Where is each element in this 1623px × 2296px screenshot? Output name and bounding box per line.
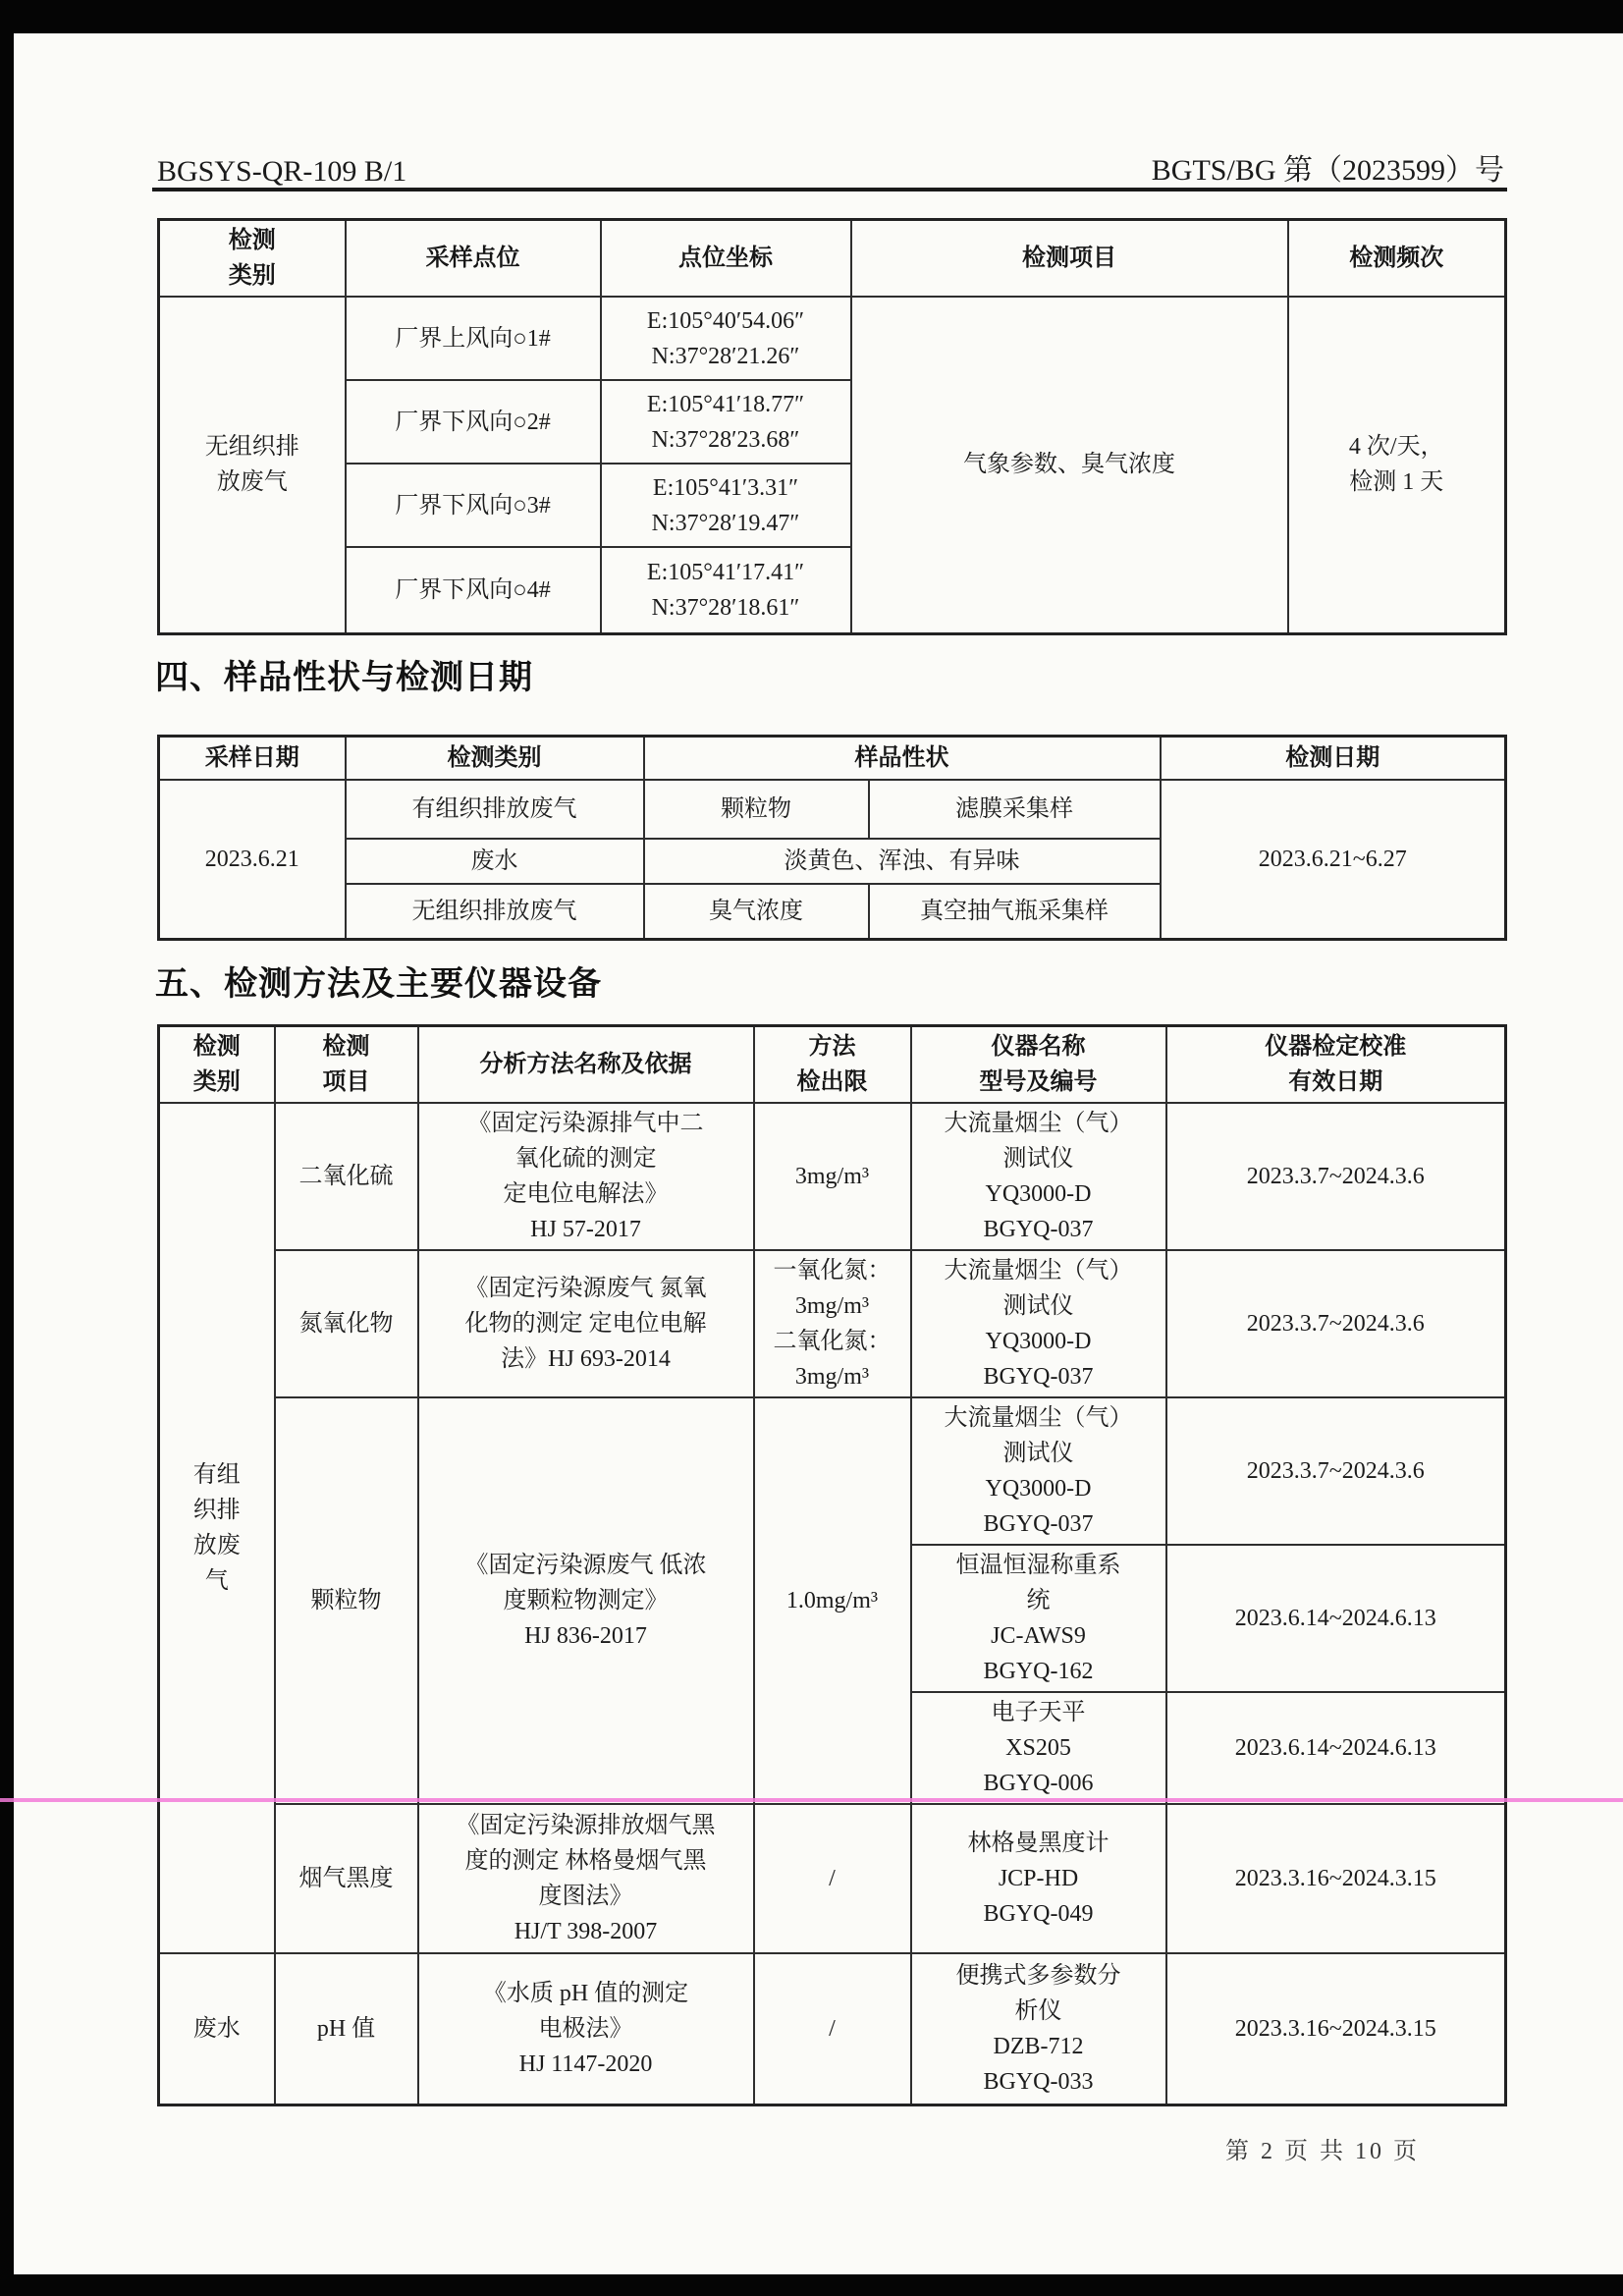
instrument-cell: 便携式多参数分 析仪 DZB-712 BGYQ-033 <box>911 1953 1166 2105</box>
item-cell: 颗粒物 <box>275 1397 418 1804</box>
header-instrument: 仪器名称 型号及编号 <box>911 1026 1166 1104</box>
sample-date-cell: 2023.6.21 <box>159 780 346 940</box>
category-cell: 有组织排放废气 <box>346 780 644 839</box>
table-row: 2023.6.21 有组织排放废气 颗粒物 滤膜采集样 2023.6.21~6.… <box>159 780 1506 839</box>
calibration-cell: 2023.6.14~2024.6.13 <box>1166 1692 1506 1804</box>
scan-edge-top <box>0 0 1623 33</box>
table-row-smoke: 烟气黑度 《固定污染源排放烟气黑 度的测定 林格曼烟气黑 度图法》 HJ/T 3… <box>159 1804 1506 1953</box>
doc-form-code: BGSYS-QR-109 B/1 <box>157 155 406 189</box>
frequency-cell: 4 次/天， 检测 1 天 <box>1288 297 1506 633</box>
section-4-title: 四、样品性状与检测日期 <box>155 650 533 698</box>
header-sample-character: 样品性状 <box>644 737 1161 780</box>
limit-cell: 一氧化氮： 3mg/m³ 二氧化氮： 3mg/m³ <box>754 1250 911 1397</box>
header-calibration: 仪器检定校准 有效日期 <box>1166 1026 1506 1104</box>
table-row-nox: 氮氧化物 《固定污染源废气 氮氧 化物的测定 定电位电解 法》HJ 693-20… <box>159 1250 1506 1397</box>
point-cell: 厂界下风向○4# <box>346 547 601 633</box>
methods-instruments-table: 检测 类别 检测 项目 分析方法名称及依据 方法 检出限 仪器名称 型号及编号 … <box>157 1024 1507 2106</box>
scan-edge-left <box>0 0 14 2296</box>
scan-edge-bottom <box>0 2274 1623 2296</box>
items-cell: 气象参数、臭气浓度 <box>851 297 1288 633</box>
point-cell: 厂界下风向○3# <box>346 464 601 547</box>
instrument-cell: 林格曼黑度计 JCP-HD BGYQ-049 <box>911 1804 1166 1953</box>
header-sample-date: 采样日期 <box>159 737 346 780</box>
category-cell: 无组织排放废气 <box>346 884 644 940</box>
method-cell: 《水质 pH 值的测定 电极法》 HJ 1147-2020 <box>418 1953 754 2105</box>
report-number: BGTS/BG 第（2023599）号 <box>1152 145 1504 189</box>
header-rule <box>152 188 1507 191</box>
category-cell: 废水 <box>346 839 644 884</box>
table-header-row: 检测 类别 采样点位 点位坐标 检测项目 检测频次 <box>159 220 1506 298</box>
coords-cell: E:105°41′3.31″ N:37°28′19.47″ <box>601 464 851 547</box>
instrument-cell: 恒温恒湿称重系 统 JC-AWS9 BGYQ-162 <box>911 1545 1166 1692</box>
header-method: 分析方法名称及依据 <box>418 1026 754 1104</box>
test-date-cell: 2023.6.21~6.27 <box>1161 780 1506 940</box>
table-row-so2: 有组 织排 放废 气 二氧化硫 《固定污染源排气中二 氧化硫的测定 定电位电解法… <box>159 1103 1506 1250</box>
table-row: 无组织排 放废气 厂界上风向○1# E:105°40′54.06″ N:37°2… <box>159 297 1506 380</box>
item-cell: 氮氧化物 <box>275 1250 418 1397</box>
header-frequency: 检测频次 <box>1288 220 1506 298</box>
category-cell: 废水 <box>159 1953 275 2105</box>
method-cell: 《固定污染源排放烟气黑 度的测定 林格曼烟气黑 度图法》 HJ/T 398-20… <box>418 1804 754 1953</box>
instrument-cell: 大流量烟尘（气） 测试仪 YQ3000-D BGYQ-037 <box>911 1103 1166 1250</box>
calibration-cell: 2023.3.16~2024.3.15 <box>1166 1953 1506 2105</box>
character-cell: 臭气浓度 <box>644 884 869 940</box>
character-cell: 真空抽气瓶采集样 <box>869 884 1161 940</box>
point-cell: 厂界下风向○2# <box>346 380 601 464</box>
page-number: 第 2 页 共 10 页 <box>1225 2131 1420 2165</box>
header-item: 检测 项目 <box>275 1026 418 1104</box>
calibration-cell: 2023.3.7~2024.3.6 <box>1166 1103 1506 1250</box>
calibration-cell: 2023.3.7~2024.3.6 <box>1166 1397 1506 1545</box>
coords-cell: E:105°41′17.41″ N:37°28′18.61″ <box>601 547 851 633</box>
monitoring-points-table: 检测 类别 采样点位 点位坐标 检测项目 检测频次 无组织排 放废气 厂界上风向… <box>157 218 1507 635</box>
sample-character-table: 采样日期 检测类别 样品性状 检测日期 2023.6.21 有组织排放废气 颗粒… <box>157 735 1507 941</box>
item-cell: pH 值 <box>275 1953 418 2105</box>
header-category: 检测类别 <box>346 737 644 780</box>
limit-cell: 1.0mg/m³ <box>754 1397 911 1804</box>
item-cell: 二氧化硫 <box>275 1103 418 1250</box>
category-cell: 有组 织排 放废 气 <box>159 1103 275 1953</box>
method-cell: 《固定污染源废气 氮氧 化物的测定 定电位电解 法》HJ 693-2014 <box>418 1250 754 1397</box>
method-cell: 《固定污染源废气 低浓 度颗粒物测定》 HJ 836-2017 <box>418 1397 754 1804</box>
limit-cell: / <box>754 1953 911 2105</box>
section-5-title: 五、检测方法及主要仪器设备 <box>155 957 602 1005</box>
instrument-cell: 大流量烟尘（气） 测试仪 YQ3000-D BGYQ-037 <box>911 1250 1166 1397</box>
header-detection-limit: 方法 检出限 <box>754 1026 911 1104</box>
table-row-ph: 废水 pH 值 《水质 pH 值的测定 电极法》 HJ 1147-2020 / … <box>159 1953 1506 2105</box>
calibration-cell: 2023.6.14~2024.6.13 <box>1166 1545 1506 1692</box>
item-cell: 烟气黑度 <box>275 1804 418 1953</box>
header-test-date: 检测日期 <box>1161 737 1506 780</box>
header-category: 检测 类别 <box>159 220 346 298</box>
table-header-row: 采样日期 检测类别 样品性状 检测日期 <box>159 737 1506 780</box>
character-cell: 颗粒物 <box>644 780 869 839</box>
header-sampling-point: 采样点位 <box>346 220 601 298</box>
calibration-cell: 2023.3.16~2024.3.15 <box>1166 1804 1506 1953</box>
point-cell: 厂界上风向○1# <box>346 297 601 380</box>
calibration-cell: 2023.3.7~2024.3.6 <box>1166 1250 1506 1397</box>
coords-cell: E:105°41′18.77″ N:37°28′23.68″ <box>601 380 851 464</box>
category-cell: 无组织排 放废气 <box>159 297 346 633</box>
character-cell: 淡黄色、浑浊、有异味 <box>644 839 1161 884</box>
header-coordinates: 点位坐标 <box>601 220 851 298</box>
scan-artifact-pink-line <box>0 1798 1623 1802</box>
limit-cell: / <box>754 1804 911 1953</box>
header-test-items: 检测项目 <box>851 220 1288 298</box>
method-cell: 《固定污染源排气中二 氧化硫的测定 定电位电解法》 HJ 57-2017 <box>418 1103 754 1250</box>
character-cell: 滤膜采集样 <box>869 780 1161 839</box>
document-header: BGSYS-QR-109 B/1 BGTS/BG 第（2023599）号 <box>157 145 1504 189</box>
table-header-row: 检测 类别 检测 项目 分析方法名称及依据 方法 检出限 仪器名称 型号及编号 … <box>159 1026 1506 1104</box>
header-category: 检测 类别 <box>159 1026 275 1104</box>
table-row-pm: 颗粒物 《固定污染源废气 低浓 度颗粒物测定》 HJ 836-2017 1.0m… <box>159 1397 1506 1545</box>
instrument-cell: 大流量烟尘（气） 测试仪 YQ3000-D BGYQ-037 <box>911 1397 1166 1545</box>
coords-cell: E:105°40′54.06″ N:37°28′21.26″ <box>601 297 851 380</box>
limit-cell: 3mg/m³ <box>754 1103 911 1250</box>
instrument-cell: 电子天平 XS205 BGYQ-006 <box>911 1692 1166 1804</box>
